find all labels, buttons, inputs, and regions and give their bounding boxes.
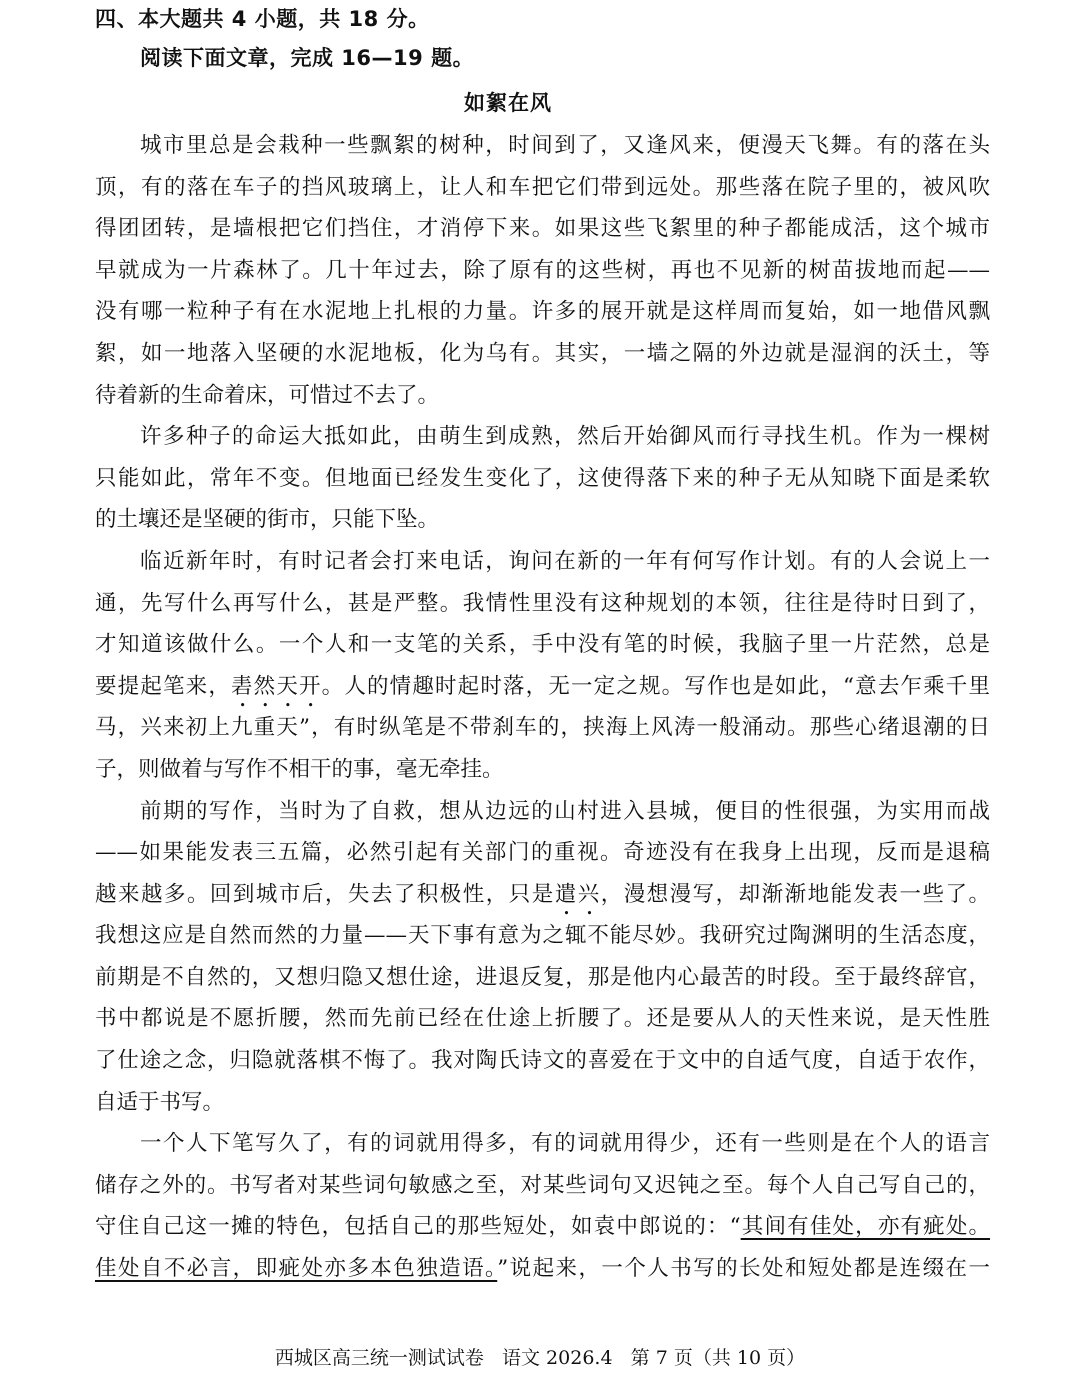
paragraph-1-line-1: 城市里总是会栽种一些飘絮的树种，时间到了，又逢风来，便漫天飞舞。有的落在头 — [95, 128, 990, 170]
paragraph-5-line-1: 一个人下笔写久了，有的词就用得多，有的词就用得少，还有一些则是在个人的语言 — [95, 1126, 990, 1168]
paragraph-5-line-3: 守住自己这一摊的特色，包括自己的那些短处，如袁中郎说的：“其间有佳处，亦有疵处。 — [95, 1209, 990, 1251]
paragraph-5-line-4: 佳处自不必言，即疵处亦多本色独造语。”说起来，一个人书写的长处和短处都是连缀在一 — [95, 1251, 990, 1293]
paragraph-2-line-1: 许多种子的命运大抵如此，由萌生到成熟，然后开始御风而行寻找生机。作为一棵树 — [95, 419, 990, 461]
paragraph-3-line-6: 子，则做着与写作不相干的事，毫无牵挂。 — [95, 752, 990, 794]
paragraph-4-line-2: ——如果能发表三五篇，必然引起有关部门的重视。奇迹没有在我身上出现，反而是退稿 — [95, 835, 990, 877]
article-title: 如絮在风 — [0, 88, 1016, 118]
text-segment: 守住自己这一摊的特色，包括自己的那些短处，如袁中郎说的：“ — [95, 1214, 741, 1239]
paragraph-1-line-2: 顶，有的落在车子的挡风玻璃上，让人和车把它们带到远处。那些落在院子里的，被风吹 — [95, 170, 990, 212]
exam-page: 四、本大题共 4 小题，共 18 分。 阅读下面文章，完成 16—19 题。 如… — [0, 0, 1080, 1382]
text-segment: 。人的情趣时起时落，无一定之规。写作也是如此，“意去乍乘千里 — [322, 674, 990, 699]
paragraph-4-line-7: 了仕途之念，归隐就落棋不悔了。我对陶氏诗文的喜爱在于文中的自适气度，自适于农作， — [95, 1043, 990, 1085]
paragraph-5-line-2: 储存之外的。书写者对某些词句敏感之至，对某些词句又迟钝之至。每个人自己写自己的， — [95, 1168, 990, 1210]
article-body: 城市里总是会栽种一些飘絮的树种，时间到了，又逢风来，便漫天飞舞。有的落在头 顶，… — [95, 128, 990, 1293]
text-segment: ，漫想漫写，却渐渐地能发表一些了。 — [601, 882, 990, 907]
paragraph-1-line-7: 待着新的生命着床，可惜过不去了。 — [95, 378, 990, 420]
paragraph-1-line-5: 没有哪一粒种子有在水泥地上扎根的力量。许多的展开就是这样周而复始，如一地借风飘 — [95, 294, 990, 336]
paragraph-1-line-3: 得团团转，是墙根把它们挡住，才消停下来。如果这些飞絮里的种子都能成活，这个城市 — [95, 211, 990, 253]
text-segment: 要提起笔来， — [95, 674, 231, 699]
paragraph-3-line-5: 马，兴来初上九重天”，有时纵笔是不带刹车的，挟海上风涛一般涌动。那些心绪退潮的日 — [95, 710, 990, 752]
text-segment: ”说起来，一个人书写的长处和短处都是连缀在一 — [497, 1256, 990, 1281]
paragraph-1-line-4: 早就成为一片森林了。几十年过去，除了原有的这些树，再也不见新的树苗拔地而起—— — [95, 253, 990, 295]
paragraph-2-line-2: 只能如此，常年不变。但地面已经发生变化了，这使得落下来的种子无从知晓下面是柔软 — [95, 461, 990, 503]
paragraph-2-line-3: 的土壤还是坚硬的街市，只能下坠。 — [95, 502, 990, 544]
paragraph-4-line-4: 我想这应是自然而然的力量——天下事有意为之辄不能尽妙。我研究过陶渊明的生活态度， — [95, 918, 990, 960]
paragraph-3-line-4: 要提起笔来，砉然天开。人的情趣时起时落，无一定之规。写作也是如此，“意去乍乘千里 — [95, 669, 990, 711]
reading-instruction: 阅读下面文章，完成 16—19 题。 — [140, 43, 474, 73]
paragraph-3-line-2: 通，先写什么再写什么，甚是严整。我情性里没有这种规划的本领，往往是待时日到了， — [95, 586, 990, 628]
section-heading: 四、本大题共 4 小题，共 18 分。 — [95, 4, 430, 34]
paragraph-1-line-6: 絮，如一地落入坚硬的水泥地板，化为乌有。其实，一墙之隔的外边就是湿润的沃土，等 — [95, 336, 990, 378]
emphasized-word-qianxing: 遣兴 — [555, 882, 601, 907]
paragraph-3-line-1: 临近新年时，有时记者会打来电话，询问在新的一年有何写作计划。有的人会说上一 — [95, 544, 990, 586]
footer-subject-date: 语文 2026.4 — [502, 1347, 613, 1369]
paragraph-4-line-8: 自适于书写。 — [95, 1085, 990, 1127]
paragraph-4-line-1: 前期的写作，当时为了自救，想从边远的山村进入县城，便目的性很强，为实用而战 — [95, 794, 990, 836]
underlined-quote-part-1: 其间有佳处，亦有疵处。 — [741, 1214, 990, 1239]
footer-exam-name: 西城区高三统一测试试卷 — [275, 1347, 484, 1369]
paragraph-4-line-3: 越来越多。回到城市后，失去了积极性，只是遣兴，漫想漫写，却渐渐地能发表一些了。 — [95, 877, 990, 919]
page-footer: 西城区高三统一测试试卷 语文 2026.4 第 7 页（共 10 页） — [0, 1345, 1080, 1371]
emphasized-word-huoran-tiankai: 砉然天开 — [231, 674, 322, 699]
underlined-quote-part-2: 佳处自不必言，即疵处亦多本色独造语。 — [95, 1256, 497, 1281]
paragraph-4-line-5: 前期是不自然的，又想归隐又想仕途，进退反复，那是他内心最苦的时段。至于最终辞官， — [95, 960, 990, 1002]
paragraph-4-line-6: 书中都说是不愿折腰，然而先前已经在仕途上折腰了。还是要从人的天性来说，是天性胜 — [95, 1001, 990, 1043]
footer-page-info: 第 7 页（共 10 页） — [631, 1347, 805, 1369]
text-segment: 越来越多。回到城市后，失去了积极性，只是 — [95, 882, 555, 907]
paragraph-3-line-3: 才知道该做什么。一个人和一支笔的关系，手中没有笔的时候，我脑子里一片茫然，总是 — [95, 627, 990, 669]
